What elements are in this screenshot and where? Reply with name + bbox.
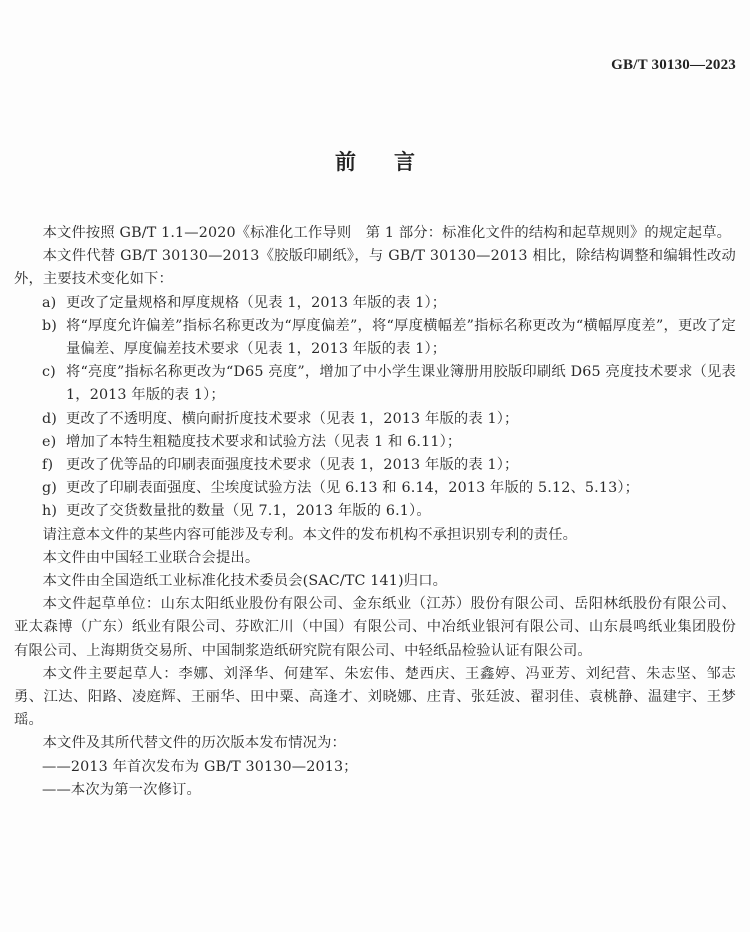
list-item: f)更改了优等品的印刷表面强度技术要求（见表 1，2013 年版的表 1）； <box>14 454 736 477</box>
title-char-1: 前 <box>335 146 356 176</box>
proposed-by: 本文件由中国轻工业联合会提出。 <box>14 547 736 570</box>
patent-notice: 请注意本文件的某些内容可能涉及专利。本文件的发布机构不承担识别专利的责任。 <box>14 524 736 547</box>
title-char-2: 言 <box>394 146 415 176</box>
list-item: e)增加了本特生粗糙度技术要求和试验方法（见表 1 和 6.11）； <box>14 431 736 454</box>
list-item: b)将“厚度允许偏差”指标名称更改为“厚度偏差”，将“厚度横幅差”指标名称更改为… <box>14 315 736 361</box>
history-intro: 本文件及其所代替文件的历次版本发布情况为： <box>14 732 736 755</box>
replaces-paragraph: 本文件代替 GB/T 30130—2013《胶版印刷纸》，与 GB/T 3013… <box>14 245 736 291</box>
list-item: a)更改了定量规格和厚度规格（见表 1，2013 年版的表 1）； <box>14 292 736 315</box>
drafting-units: 本文件起草单位：山东太阳纸业股份有限公司、金东纸业（江苏）股份有限公司、岳阳林纸… <box>14 593 736 663</box>
list-item: g)更改了印刷表面强度、尘埃度试验方法（见 6.13 和 6.14，2013 年… <box>14 477 736 500</box>
centralized-by: 本文件由全国造纸工业标准化技术委员会(SAC/TC 141)归口。 <box>14 570 736 593</box>
page-title: 前言 <box>0 146 750 176</box>
foreword-body: 本文件按照 GB/T 1.1—2020《标准化工作导则 第 1 部分：标准化文件… <box>14 222 736 802</box>
main-drafters: 本文件主要起草人：李娜、刘泽华、何建军、朱宏伟、楚西庆、王鑫婷、冯亚芳、刘纪营、… <box>14 663 736 733</box>
standard-number: GB/T 30130—2023 <box>611 57 736 74</box>
history-item: ——本次为第一次修订。 <box>14 779 736 802</box>
history-item: ——2013 年首次发布为 GB/T 30130—2013； <box>14 756 736 779</box>
list-item: d)更改了不透明度、横向耐折度技术要求（见表 1，2013 年版的表 1）； <box>14 408 736 431</box>
list-item: h)更改了交货数量批的数量（见 7.1，2013 年版的 6.1）。 <box>14 500 736 523</box>
list-item: c)将“亮度”指标名称更改为“D65 亮度”，增加了中小学生课业簿册用胶版印刷纸… <box>14 361 736 407</box>
changes-list: a)更改了定量规格和厚度规格（见表 1，2013 年版的表 1）； b)将“厚度… <box>14 292 736 524</box>
drafting-rule-paragraph: 本文件按照 GB/T 1.1—2020《标准化工作导则 第 1 部分：标准化文件… <box>14 222 736 245</box>
